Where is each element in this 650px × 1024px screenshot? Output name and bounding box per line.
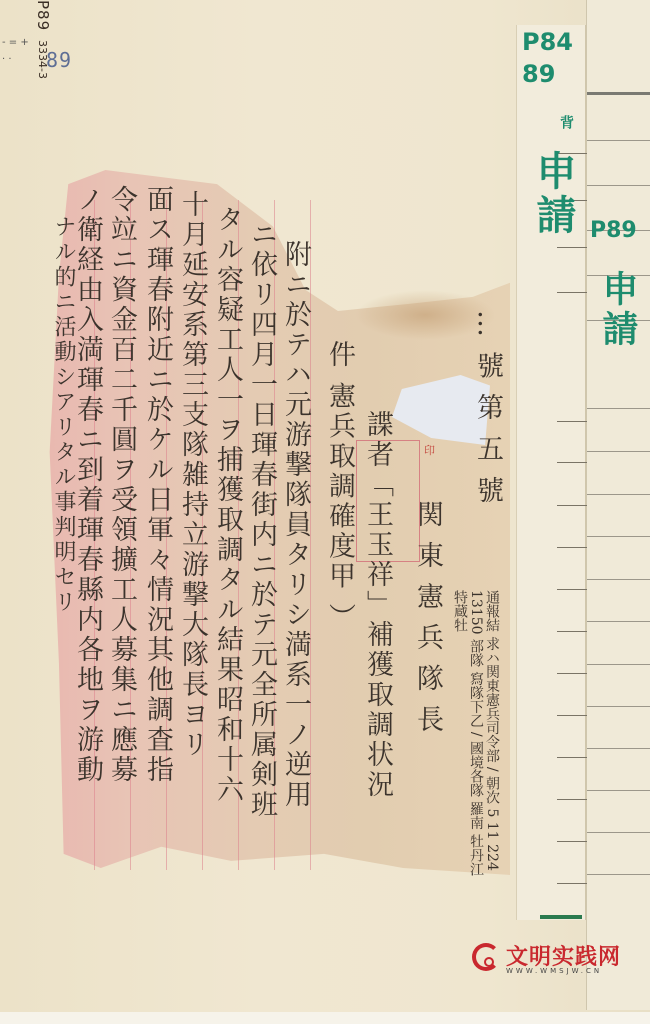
logo-swirl-icon [472,943,500,971]
slip-rule [557,673,587,674]
ledger-rule [587,92,650,95]
doc-column-number: … 號 第 五 號 [470,310,504,506]
slip-rule [557,631,587,632]
red-seal-mark: 印 [424,442,435,458]
ledger-rule [587,790,650,791]
slip-rule [557,589,587,590]
slip-rule [557,547,587,548]
doc-column-body-4: 十月延安系第三支隊雑持立游撃大隊長ヨリ [175,190,209,760]
slip-rule [557,799,587,800]
doc-column-addressee: 関東憲兵隊長 [410,500,444,746]
slip-rule [557,462,587,463]
doc-column-body-2: ニ依リ四月一日琿春街内ニ於テ元全所属剣班 [244,220,278,820]
ledger-rule [587,408,650,409]
handwritten-note-back: 背 [556,115,576,129]
slip-rule [557,715,587,716]
doc-column-body-5: 面ス琿春附近ニ於ケル日軍々情況其他調査指 [140,185,174,785]
doc-column-reliability: 件 憲兵取調確度甲 ） [322,340,356,633]
site-logo: 文明实践网 WWW.WMSJW.CN [472,940,622,980]
ledger-rule [587,451,650,452]
slip-rule [557,883,587,884]
ledger-rule [587,494,650,495]
archive-marks: P89 3334-3 89 - = + . . [0,0,120,110]
handwritten-note-page-num: 89 [522,60,555,88]
right-ledger-strip [586,0,650,1010]
ledger-rule [587,185,650,186]
ledger-rule [587,748,650,749]
slip-rule [557,247,587,248]
tick-mark-1: - = + [2,36,29,50]
slip-rule [557,292,587,293]
tick-mark-2: . . [2,50,29,64]
slip-rule [557,421,587,422]
page-bottom-edge [0,1012,650,1024]
handwritten-note-request-2: 申請 [592,270,643,350]
green-marker-bar [540,915,582,919]
handwritten-note-page-ref: P84 [522,30,573,54]
doc-column-body-3: タル容疑工人一ヲ捕獲取調タル結果昭和十六 [210,205,244,805]
slip-rule [557,505,587,506]
ledger-rule [587,536,650,537]
logo-url: WWW.WMSJW.CN [506,967,602,975]
doc-column-body-8: ナル的ニ活動シアリタル事判明セリ [46,215,80,615]
ledger-rule [587,832,650,833]
doc-column-body-1: 附ニ於テハ元游撃隊員タリシ満系一ノ逆用 [278,240,312,810]
doc-column-subject: 諜者「王玉祥」補獲取調状況 [360,410,394,800]
ledger-rule [587,140,650,141]
slip-rule [557,841,587,842]
ledger-rule [587,664,650,665]
ledger-rule [587,874,650,875]
ledger-rule [587,579,650,580]
handwritten-note-request: 申請 [525,150,582,238]
tick-marks: - = + . . [2,36,29,64]
doc-column-body-6: 令竝ニ資金百二千圓ヲ受領擴工人募集ニ應募 [104,185,138,785]
handwritten-note-page-ref-2: P89 [590,218,637,243]
page-number-stamp: 89 [46,48,72,72]
ledger-rule [587,621,650,622]
ledger-rule [587,706,650,707]
slip-rule [557,757,587,758]
doc-column-distribution: 通報結 求ハ関東憲兵司令部 / 朝次 5 11 224 13150 部隊 寫隊下… [452,590,500,880]
archive-ref-code: P89 [34,0,52,31]
